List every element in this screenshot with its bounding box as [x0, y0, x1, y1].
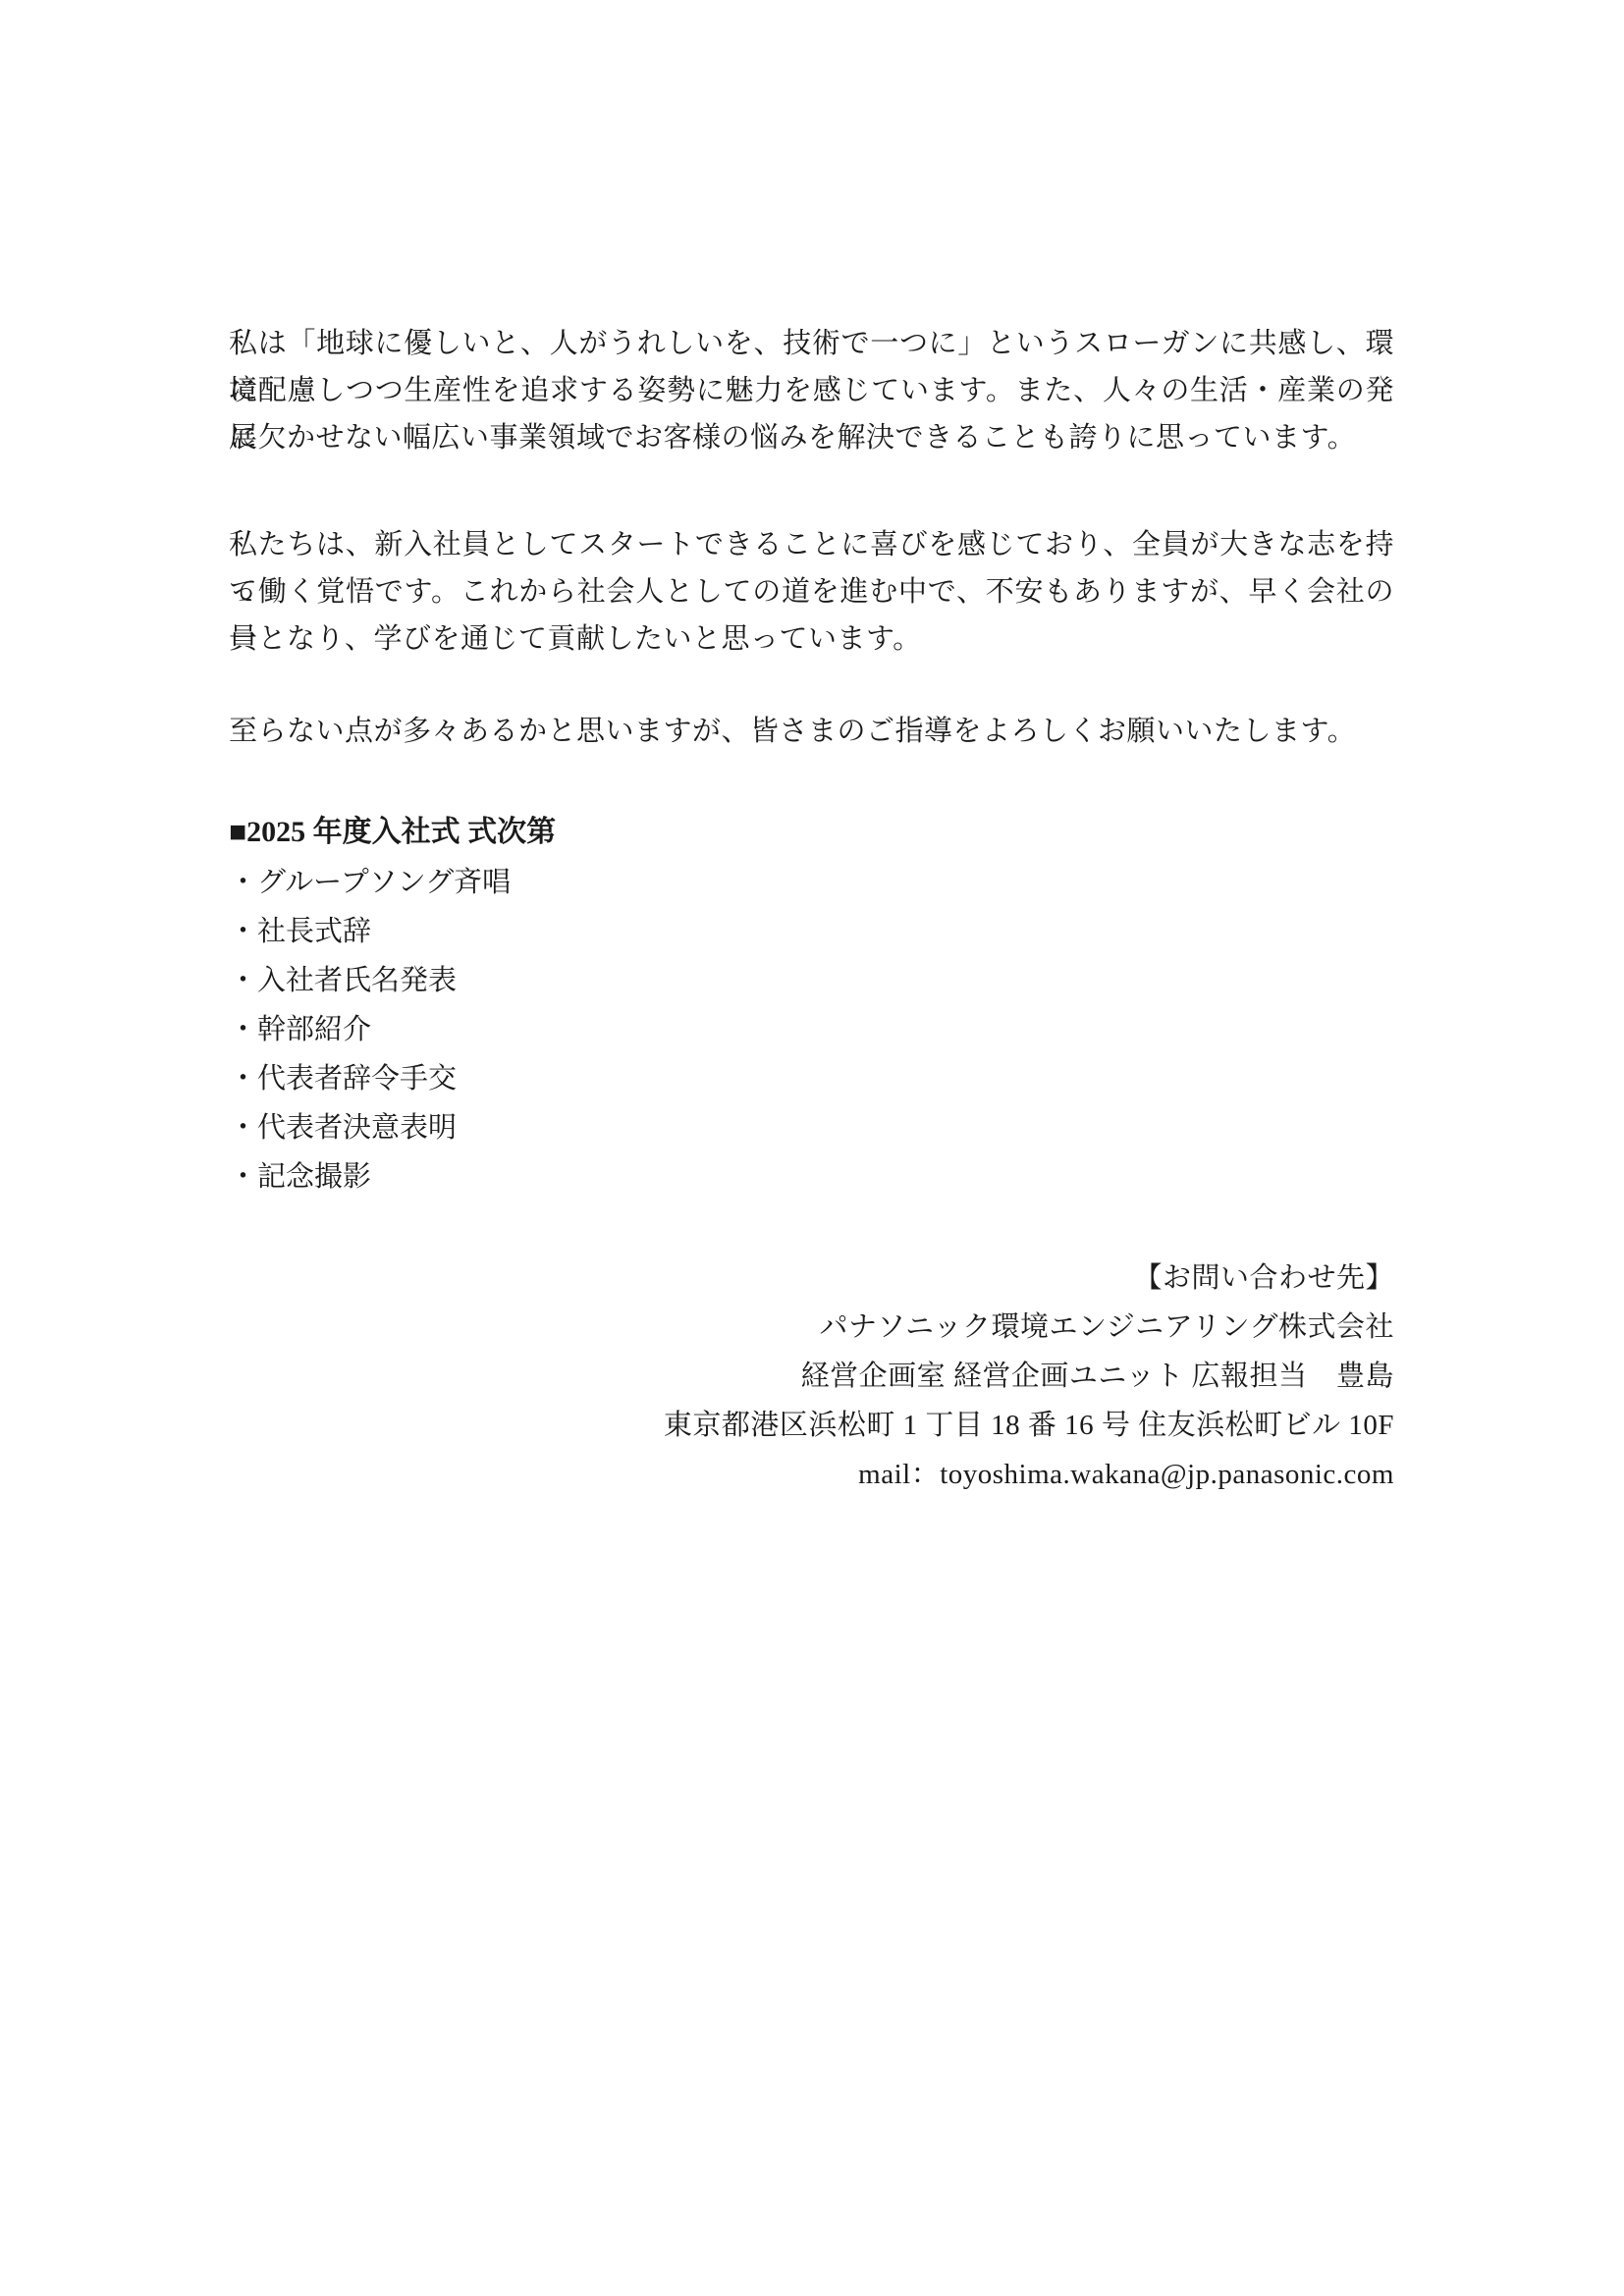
contact-email: mail：toyoshima.wakana@jp.panasonic.com [229, 1450, 1394, 1499]
bullet-marker: ・ [229, 1005, 257, 1054]
contact-section: 【お問い合わせ先】 パナソニック環境エンジニアリング株式会社 経営企画室 経営企… [229, 1254, 1394, 1499]
paragraph-line: 私は「地球に優しいと、人がうれしいを、技術で一つに」というスローガンに共感し、環… [229, 320, 1394, 367]
agenda-item-label: 記念撮影 [257, 1161, 371, 1193]
contact-company: パナソニック環境エンジニアリング株式会社 [229, 1303, 1394, 1352]
agenda-section-heading: ■2025 年度入社式 式次第 [229, 809, 1394, 856]
paragraph-line: 員となり、学びを通じて貢献したいと思っています。 [229, 615, 1394, 663]
agenda-item-label: グループソング斉唱 [257, 867, 511, 898]
contact-address: 東京都港区浜松町 1 丁目 18 番 16 号 住友浜松町ビル 10F [229, 1401, 1394, 1450]
bullet-marker: ・ [229, 858, 257, 907]
paragraph-slogan: 私は「地球に優しいと、人がうれしいを、技術で一つに」というスローガンに共感し、環… [229, 320, 1394, 461]
agenda-item-label: 入社者氏名発表 [257, 965, 457, 996]
bullet-marker: ・ [229, 1152, 257, 1201]
paragraph-line: に配慮しつつ生産性を追求する姿勢に魅力を感じています。また、人々の生活・産業の発… [229, 367, 1394, 414]
agenda-item: ・グループソング斉唱 [229, 858, 1394, 907]
paragraph-line: 至らない点が多々あるかと思いますが、皆さまのご指導をよろしくお願いいたします。 [229, 708, 1394, 755]
agenda-item: ・記念撮影 [229, 1152, 1394, 1201]
agenda-item-label: 代表者決意表明 [257, 1112, 457, 1144]
bullet-marker: ・ [229, 956, 257, 1005]
agenda-item: ・代表者決意表明 [229, 1103, 1394, 1152]
contact-heading: 【お問い合わせ先】 [229, 1254, 1394, 1303]
paragraph-line: て働く覚悟です。これから社会人としての道を進む中で、不安もありますが、早く会社の… [229, 568, 1394, 615]
bullet-marker: ・ [229, 907, 257, 956]
agenda-item: ・社長式辞 [229, 907, 1394, 956]
contact-department: 経営企画室 経営企画ユニット 広報担当 豊島 [229, 1352, 1394, 1401]
agenda-heading: ■2025 年度入社式 式次第 [229, 809, 1394, 856]
agenda-item: ・代表者辞令手交 [229, 1054, 1394, 1103]
bullet-marker: ・ [229, 1054, 257, 1103]
agenda-item: ・入社者氏名発表 [229, 956, 1394, 1005]
agenda-item: ・幹部紹介 [229, 1005, 1394, 1054]
agenda-item-label: 幹部紹介 [257, 1014, 371, 1045]
paragraph-resolve: 私たちは、新入社員としてスタートできることに喜びを感じており、全員が大きな志を持… [229, 521, 1394, 663]
agenda-list: ・グループソング斉唱 ・社長式辞 ・入社者氏名発表 ・幹部紹介 ・代表者辞令手交… [229, 858, 1394, 1201]
document-page: 私は「地球に優しいと、人がうれしいを、技術で一つに」というスローガンに共感し、環… [0, 0, 1624, 2296]
paragraph-closing: 至らない点が多々あるかと思いますが、皆さまのご指導をよろしくお願いいたします。 [229, 708, 1394, 755]
agenda-item-label: 社長式辞 [257, 916, 371, 947]
paragraph-line: 私たちは、新入社員としてスタートできることに喜びを感じており、全員が大きな志を持… [229, 521, 1394, 568]
agenda-item-label: 代表者辞令手交 [257, 1063, 457, 1095]
paragraph-line: に欠かせない幅広い事業領域でお客様の悩みを解決できることも誇りに思っています。 [229, 414, 1394, 461]
bullet-marker: ・ [229, 1103, 257, 1152]
